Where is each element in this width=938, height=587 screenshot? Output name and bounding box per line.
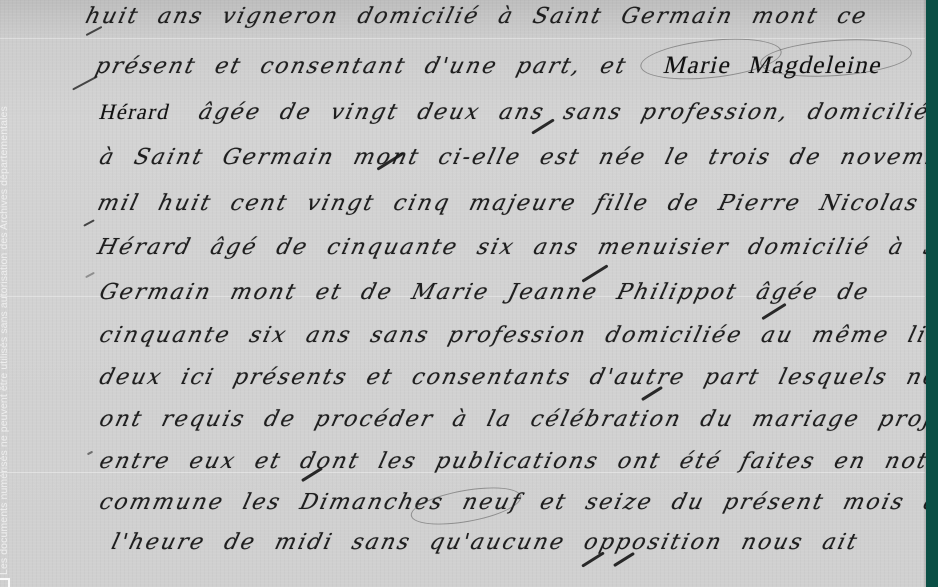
- record-line-11: entre eux et dont les publications ont é…: [97, 449, 938, 474]
- ink-mark: [87, 451, 93, 456]
- line-text: entre eux et dont les publications ont é…: [97, 449, 938, 474]
- line-text: à Saint Germain mont ci-elle est née le …: [97, 145, 938, 170]
- record-line-3: Hérard âgée de vingt deux ans sans profe…: [97, 99, 938, 125]
- record-line-1: huit ans vigneron domicilié à Saint Germ…: [83, 4, 871, 29]
- line-text: l'heure de midi sans qu'aucune oppositio…: [109, 530, 862, 555]
- document-image-viewer: Les documents numérisés ne peuvent être …: [0, 0, 938, 587]
- watermark-text: Les documents numérisés ne peuvent être …: [0, 106, 10, 575]
- line-text: présent et consentant d'une part, et: [93, 54, 630, 79]
- line-text: âgée de vingt deux ans sans profession, …: [196, 100, 938, 125]
- archive-watermark: Les documents numérisés ne peuvent être …: [0, 0, 11, 587]
- line-text: mil huit cent vingt cinq majeure fille d…: [95, 191, 922, 216]
- record-line-4: à Saint Germain mont ci-elle est née le …: [97, 145, 938, 170]
- record-line-5: mil huit cent vingt cinq majeure fille d…: [95, 191, 922, 216]
- line-text: Germain mont et de Marie Jeanne Philippo…: [97, 280, 873, 305]
- record-line-10: ont requis de procéder à la célébration …: [97, 407, 938, 432]
- record-line-12: commune les Dimanches neuf et seize du p…: [97, 490, 938, 515]
- line-text: cinquante six ans sans profession domici…: [97, 323, 938, 348]
- record-line-8: cinquante six ans sans profession domici…: [97, 323, 938, 348]
- paper-rule: [0, 38, 925, 39]
- record-line-6: Hérard âgé de cinquante six ans menuisie…: [95, 235, 938, 260]
- bride-surname: Hérard: [97, 99, 173, 124]
- ink-mark: [83, 219, 95, 226]
- ink-descender: [761, 303, 786, 320]
- line-text: deux ici présents et consentants d'autre…: [97, 365, 938, 390]
- record-line-2: présent et consentant d'une part, et Mar…: [93, 52, 886, 80]
- record-line-13: l'heure de midi sans qu'aucune oppositio…: [109, 530, 862, 555]
- corner-mark-icon: [0, 578, 10, 587]
- line-text: Hérard âgé de cinquante six ans menuisie…: [95, 235, 938, 260]
- line-text: ont requis de procéder à la célébration …: [97, 407, 938, 432]
- record-line-7: Germain mont et de Marie Jeanne Philippo…: [97, 280, 873, 305]
- line-text: commune les Dimanches neuf et seize du p…: [97, 490, 938, 515]
- bride-given-names: Marie Magdeleine: [661, 52, 886, 79]
- record-line-9: deux ici présents et consentants d'autre…: [97, 365, 938, 390]
- line-text: huit ans vigneron domicilié à Saint Germ…: [83, 4, 871, 29]
- viewer-right-border: [926, 0, 938, 587]
- ink-mark: [85, 272, 95, 278]
